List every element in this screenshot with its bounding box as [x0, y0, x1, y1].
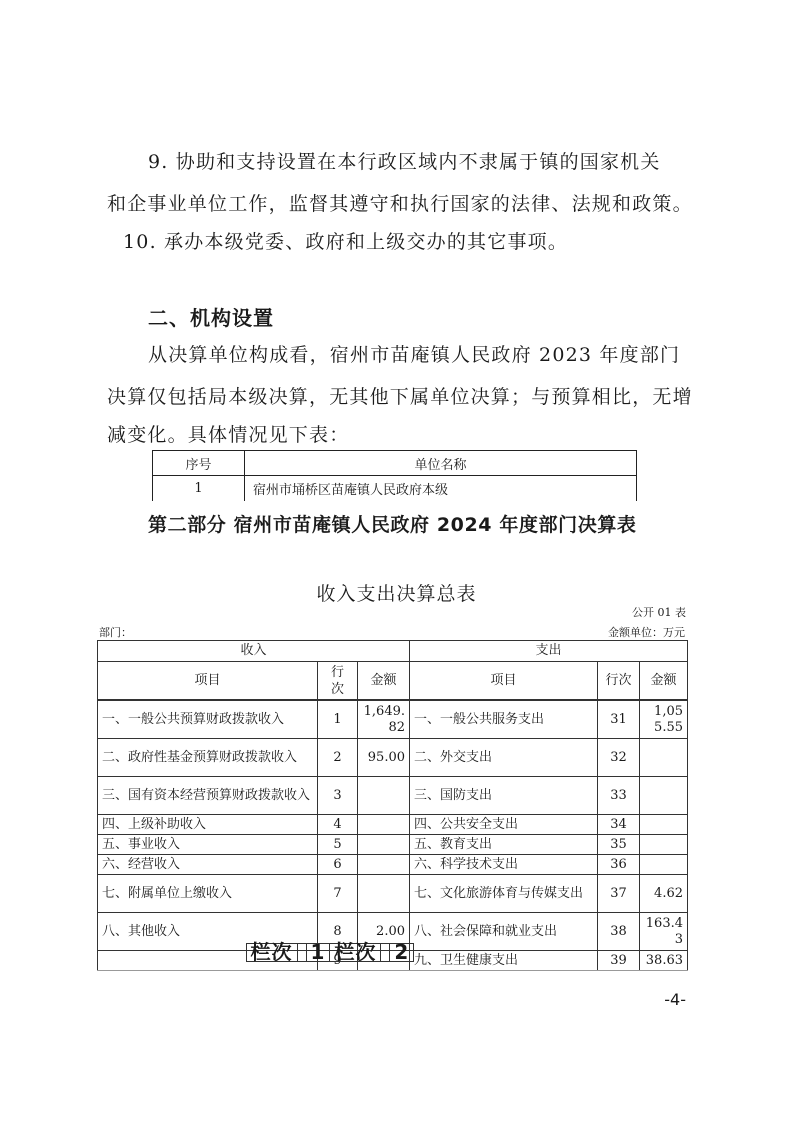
col-expense-line: 行次	[598, 662, 640, 700]
table-row: 1 宿州市埇桥区苗庵镇人民政府本级	[153, 476, 637, 501]
expense-amount: 1,055.55	[640, 701, 688, 739]
income-amount	[358, 815, 410, 835]
income-expense-summary-table: 收入 支出 项目 行次 金额 项目 行次 金额 栏次 1 栏次 2 一、一般公共…	[97, 640, 688, 971]
income-amount: 95.00	[358, 739, 410, 777]
expense-amount	[640, 777, 688, 815]
expense-amount: 163.43	[640, 913, 688, 951]
cell-unit-name: 宿州市埇桥区苗庵镇人民政府本级	[245, 476, 637, 501]
expense-item: 八、社会保障和就业支出	[410, 913, 598, 951]
lanci-income-label: 栏次	[246, 943, 297, 961]
org-unit-table: 序号 单位名称 1 宿州市埇桥区苗庵镇人民政府本级	[152, 450, 637, 501]
expense-item: 四、公共安全支出	[410, 815, 598, 835]
income-item: 一、一般公共预算财政拨款收入	[98, 701, 318, 739]
table-row: 六、经营收入 6 六、科学技术支出 36	[98, 855, 688, 875]
income-amount	[358, 855, 410, 875]
income-amount: 1,649.82	[358, 701, 410, 739]
page-number: -4-	[664, 990, 686, 1009]
income-line: 5	[318, 835, 358, 855]
income-amount	[358, 875, 410, 913]
paragraph-item9-line2: 和企事业单位工作，监督其遵守和执行国家的法律、法规和政策。	[107, 192, 693, 216]
income-line: 3	[318, 777, 358, 815]
expense-item: 一、一般公共服务支出	[410, 701, 598, 739]
paragraph-line2: 决算仅包括局本级决算，无其他下属单位决算；与预算相比，无增	[107, 385, 693, 409]
expense-item: 二、外交支出	[410, 739, 598, 777]
expense-amount	[640, 815, 688, 835]
expense-amount: 4.62	[640, 875, 688, 913]
income-amount	[358, 777, 410, 815]
income-item: 三、国有资本经营预算财政拨款收入	[98, 777, 318, 815]
lanci-expense-no: 2	[390, 943, 414, 961]
paragraph-item10: 10. 承办本级党委、政府和上级交办的其它事项。	[123, 230, 568, 254]
section-heading: 二、机构设置	[148, 302, 274, 331]
income-line: 1	[318, 701, 358, 739]
expense-line: 39	[598, 951, 640, 971]
income-line: 6	[318, 855, 358, 875]
empty-cell	[297, 943, 306, 961]
table-title: 收入支出决算总表	[0, 579, 793, 606]
table-row: 四、上级补助收入 4 四、公共安全支出 34	[98, 815, 688, 835]
expense-line: 31	[598, 701, 640, 739]
col-expense-amount: 金额	[640, 662, 688, 700]
department-label: 部门：	[99, 624, 132, 640]
col-expense-item: 项目	[410, 662, 598, 700]
income-item: 七、附属单位上缴收入	[98, 875, 318, 913]
col-income-amount: 金额	[358, 662, 410, 700]
org-table-header: 序号 单位名称	[153, 451, 637, 476]
col-income-line: 行次	[318, 662, 358, 700]
expense-header: 支出	[410, 641, 688, 662]
table-row: 二、政府性基金预算财政拨款收入 2 95.00 二、外交支出 32	[98, 739, 688, 777]
part-title: 第二部分 宿州市苗庵镇人民政府 2024 年度部门决算表	[148, 510, 637, 537]
paragraph-item9-line1: 9. 协助和支持设置在本行政区域内不隶属于镇的国家机关	[148, 150, 661, 174]
header-unit-name: 单位名称	[245, 451, 637, 476]
lanci-income-no: 1	[306, 943, 330, 961]
col-income-item: 项目	[98, 662, 318, 700]
income-item: 六、经营收入	[98, 855, 318, 875]
expense-item: 三、国防支出	[410, 777, 598, 815]
income-item: 四、上级补助收入	[98, 815, 318, 835]
paragraph-line1: 从决算单位构成看，宿州市苗庵镇人民政府 2023 年度部门	[148, 343, 680, 367]
table-number: 公开 01 表	[632, 604, 686, 620]
income-header: 收入	[98, 641, 410, 662]
expense-line: 36	[598, 855, 640, 875]
expense-amount	[640, 855, 688, 875]
expense-item: 六、科学技术支出	[410, 855, 598, 875]
table-lanci-row: 栏次 1 栏次 2	[246, 943, 415, 962]
table-row: 一、一般公共预算财政拨款收入 1 1,649.82 一、一般公共服务支出 31 …	[98, 701, 688, 739]
table-group-header: 收入 支出	[98, 641, 688, 662]
expense-line: 34	[598, 815, 640, 835]
expense-item: 七、文化旅游体育与传媒支出	[410, 875, 598, 913]
income-item: 五、事业收入	[98, 835, 318, 855]
table-row: 七、附属单位上缴收入 7 七、文化旅游体育与传媒支出 37 4.62	[98, 875, 688, 913]
cell-serial-no: 1	[153, 476, 245, 501]
expense-amount	[640, 835, 688, 855]
income-line: 4	[318, 815, 358, 835]
table-row: 五、事业收入 5 五、教育支出 35	[98, 835, 688, 855]
expense-amount: 38.63	[640, 951, 688, 971]
paragraph-line3: 减变化。具体情况见下表：	[107, 423, 349, 447]
empty-cell	[381, 943, 390, 961]
table-row: 三、国有资本经营预算财政拨款收入 3 三、国防支出 33	[98, 777, 688, 815]
expense-line: 37	[598, 875, 640, 913]
income-amount	[358, 835, 410, 855]
income-line: 2	[318, 739, 358, 777]
header-serial-no: 序号	[153, 451, 245, 476]
expense-item: 五、教育支出	[410, 835, 598, 855]
expense-line: 32	[598, 739, 640, 777]
expense-item: 九、卫生健康支出	[410, 951, 598, 971]
lanci-expense-label: 栏次	[330, 943, 381, 961]
expense-line: 35	[598, 835, 640, 855]
expense-line: 33	[598, 777, 640, 815]
expense-line: 38	[598, 913, 640, 951]
table-column-header: 项目 行次 金额 项目 行次 金额	[98, 662, 688, 700]
amount-unit-label: 金额单位：万元	[608, 624, 685, 640]
income-line: 7	[318, 875, 358, 913]
income-item: 二、政府性基金预算财政拨款收入	[98, 739, 318, 777]
expense-amount	[640, 739, 688, 777]
